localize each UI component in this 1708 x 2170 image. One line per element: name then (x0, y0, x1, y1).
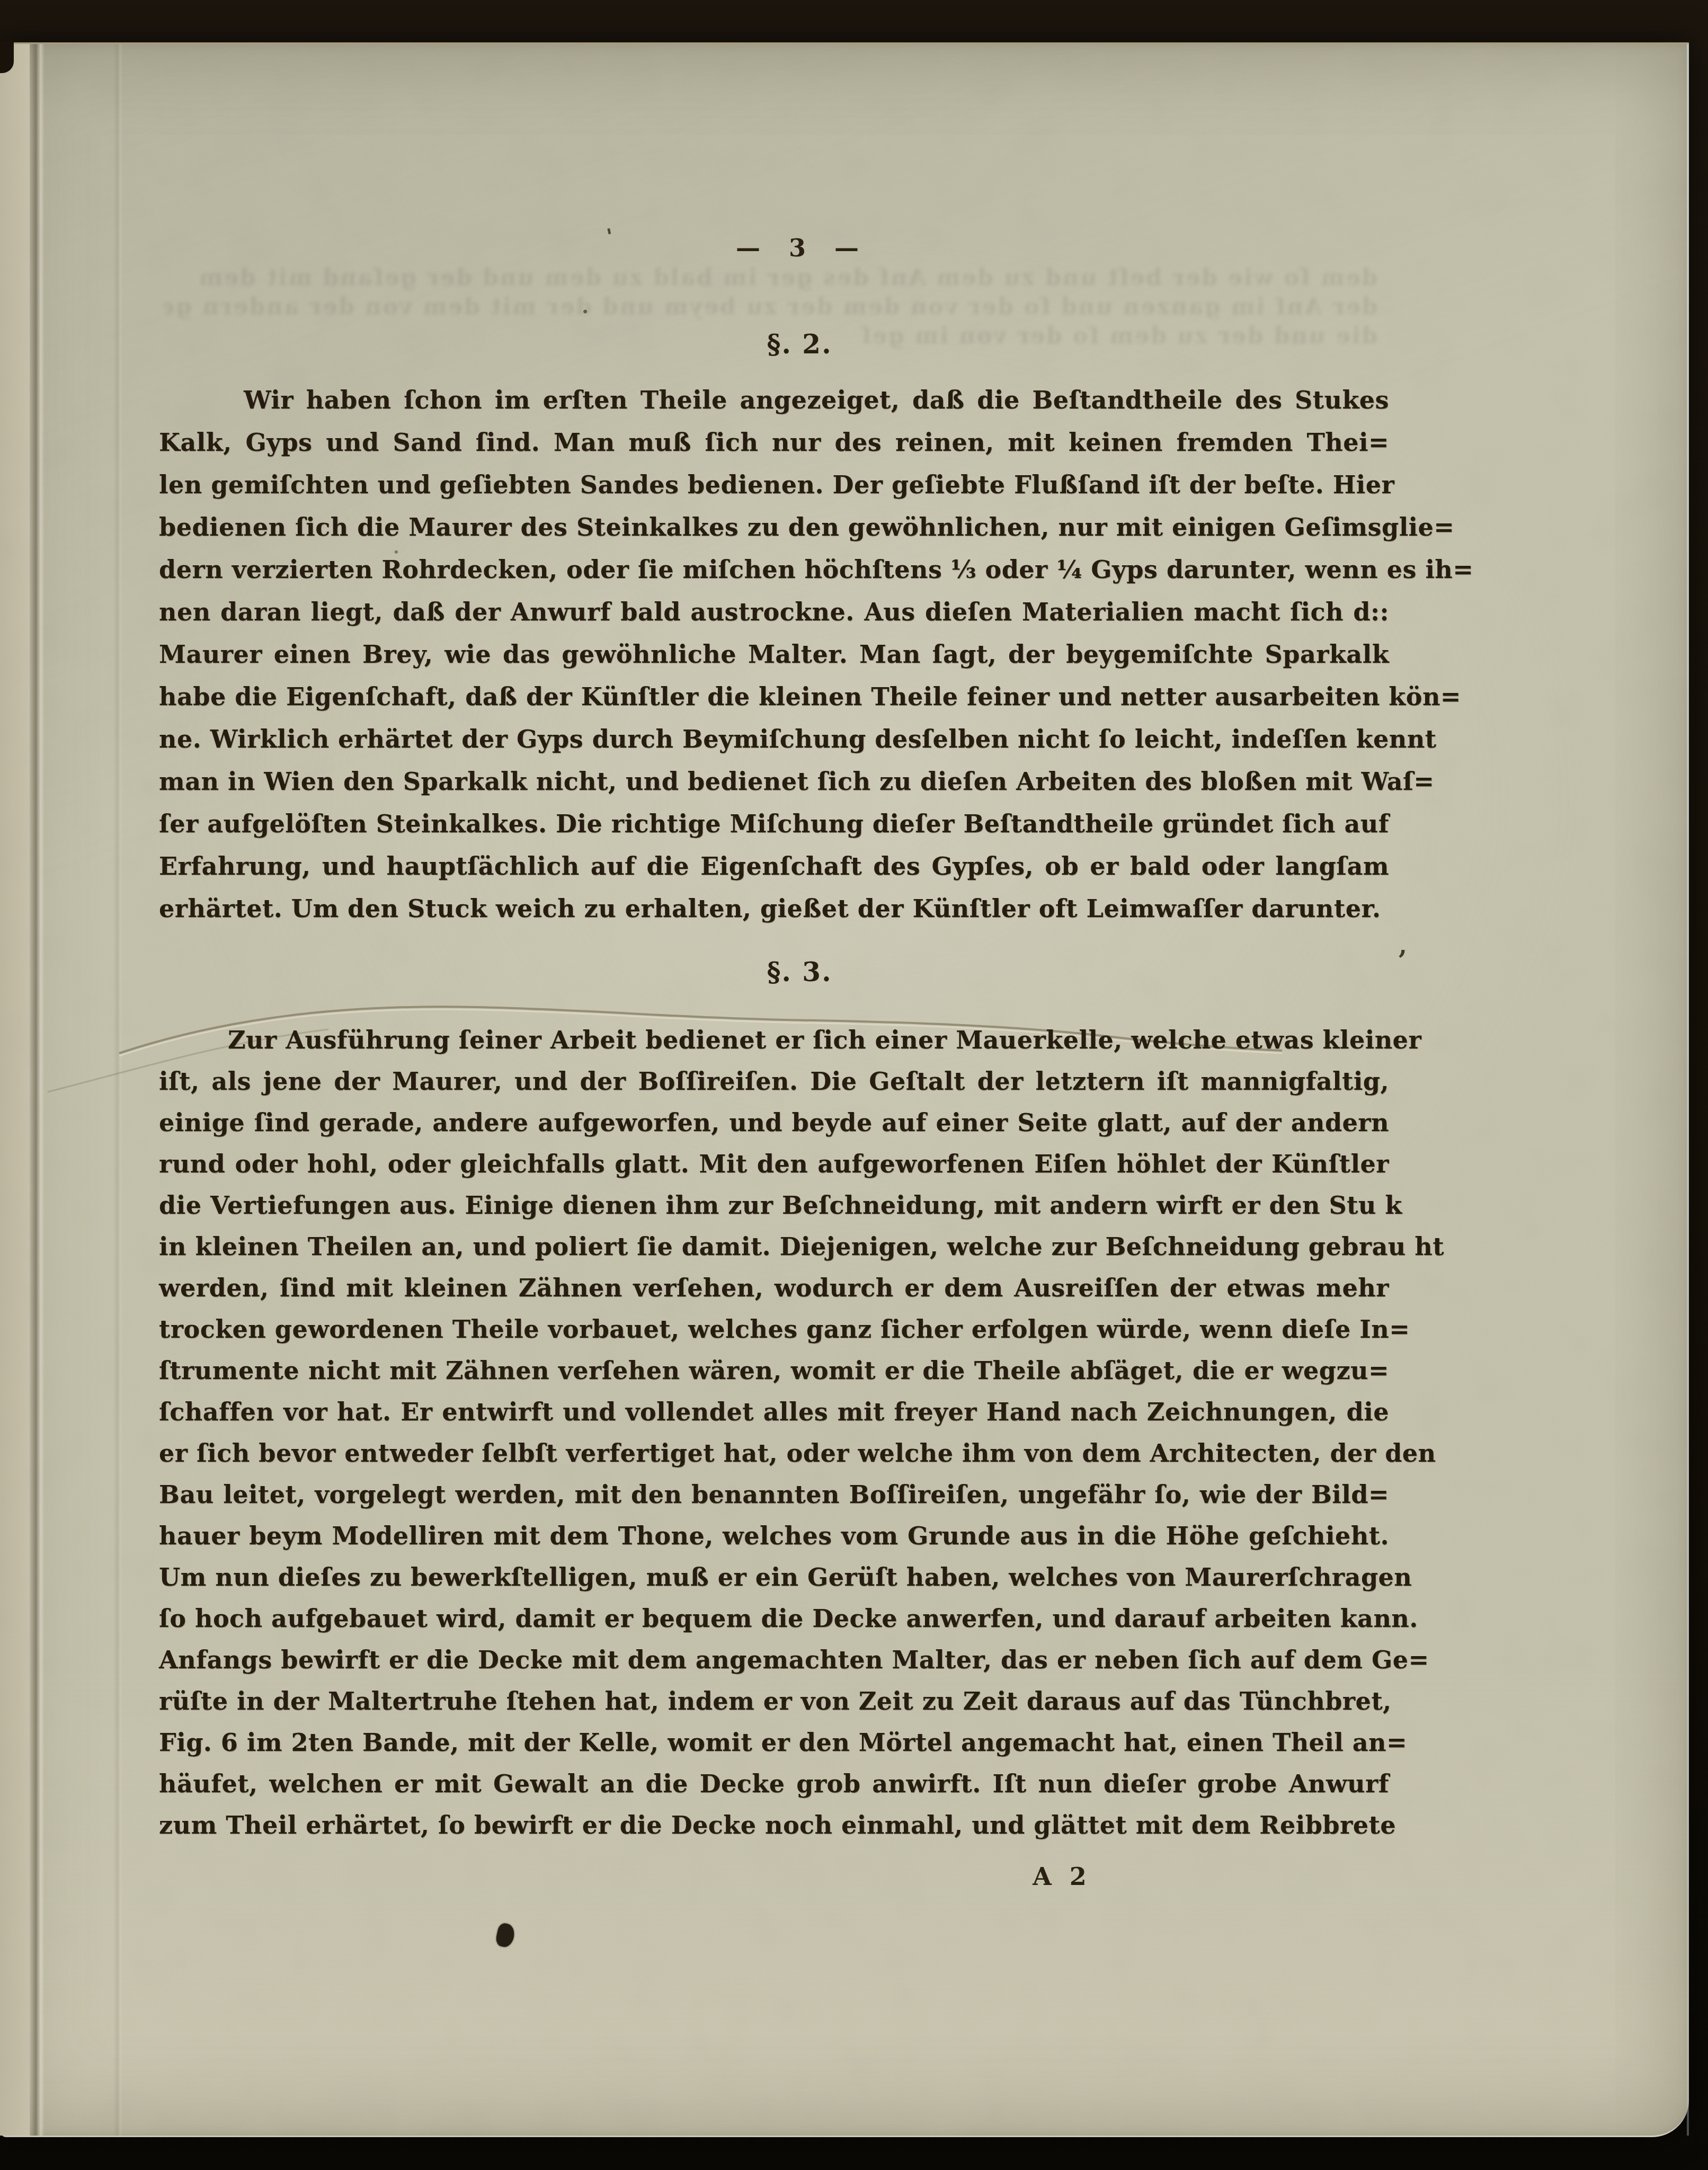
section-heading-2: §. 2. (184, 328, 1415, 360)
text-line: Wir haben ſchon im erſten Theile angezei… (159, 379, 1389, 421)
text-line: ſo hoch aufgebauet wird, damit er bequem… (159, 1598, 1389, 1639)
text-line: Maurer einen Brey, wie das gewöhnliche M… (159, 633, 1389, 675)
text-line: trocken gewordenen Theile vorbauet, welc… (159, 1309, 1389, 1350)
paragraph-section-3: Zur Ausführung ſeiner Arbeit bedienet er… (159, 1019, 1389, 1846)
text-line: len gemiſchten und geſiebten Sandes bedi… (159, 464, 1389, 506)
text-line: ſtrumente nicht mit Zähnen verſehen wäre… (159, 1350, 1389, 1391)
text-line: nen daran liegt, daß der Anwurf bald aus… (159, 591, 1389, 633)
text-line: iſt, als jene der Maurer, und der Boſſir… (159, 1061, 1389, 1102)
paragraph-section-2: Wir haben ſchon im erſten Theile angezei… (159, 379, 1389, 930)
text-line: ſer aufgelöſten Steinkalkes. Die richtig… (159, 803, 1389, 845)
text-line: die Vertiefungen aus. Einige dienen ihm … (159, 1185, 1389, 1226)
text-line: Kalk, Gyps und Sand ſind. Man muß ſich n… (159, 421, 1389, 464)
text-line: Anfangs bewirft er die Decke mit dem ang… (159, 1639, 1389, 1680)
text-line: Bau leitet, vorgelegt werden, mit den be… (159, 1474, 1389, 1515)
text-line: dern verzierten Rohrdecken, oder ſie miſ… (159, 548, 1389, 591)
text-line: Um nun dieſes zu bewerkſtelligen, muß er… (159, 1557, 1389, 1598)
text-line: bedienen ſich die Maurer des Steinkalkes… (159, 506, 1389, 548)
text-line: Fig. 6 im 2ten Bande, mit der Kelle, wom… (159, 1722, 1389, 1763)
ink-speck: . (582, 296, 589, 316)
page-number: — 3 — (183, 234, 1413, 262)
vertical-fold-crease-faint (113, 44, 123, 2136)
text-line: habe die Eigenſchaft, daß der Künſtler d… (159, 675, 1389, 718)
text-line: Erfahrung, und hauptſächlich auf die Eig… (159, 845, 1389, 887)
text-line: einige ſind gerade, andere aufgeworfen, … (159, 1102, 1389, 1143)
text-line: hauer beym Modelliren mit dem Thone, wel… (159, 1515, 1389, 1557)
signature-mark: A 2 (996, 1862, 1123, 1891)
text-line: rund oder hohl, oder gleichfalls glatt. … (159, 1143, 1389, 1185)
text-line: in kleinen Theilen an, und poliert ſie d… (159, 1226, 1389, 1267)
ink-blot (495, 1922, 516, 1949)
text-line: man in Wien den Sparkalk nicht, und bedi… (159, 760, 1389, 803)
ghost-line: dem ſo wie der beſt und zu dem Anf des g… (164, 264, 1377, 294)
text-line: er ſich bevor entweder ſelbſt verfertige… (159, 1433, 1389, 1474)
section-heading-3: §. 3. (184, 956, 1415, 988)
text-line: häufet, welchen er mit Gewalt an die Dec… (159, 1763, 1389, 1804)
text-line: Zur Ausführung ſeiner Arbeit bedienet er… (159, 1019, 1389, 1061)
scanned-book-page: dem ſo wie der beſt und zu dem Anf des g… (0, 0, 1708, 2170)
text-line: rüſte in der Maltertruhe ſtehen hat, ind… (159, 1680, 1389, 1722)
text-line: ne. Wirklich erhärtet der Gyps durch Bey… (159, 718, 1389, 760)
text-line: ſchaffen vor hat. Er entwirft und vollen… (159, 1391, 1389, 1433)
text-line: zum Theil erhärtet, ſo bewirft er die De… (159, 1804, 1389, 1846)
text-line: erhärtet. Um den Stuck weich zu erhalten… (159, 887, 1389, 930)
book-gutter-edge (0, 44, 30, 2136)
ghost-line: der Anf im ganzen und ſo der von dem der… (164, 294, 1377, 323)
paper-sheet: dem ſo wie der beſt und zu dem Anf des g… (0, 42, 1689, 2137)
ink-speck: . (393, 539, 399, 557)
vertical-fold-crease (30, 44, 45, 2136)
stray-comma: , (1399, 933, 1407, 957)
text-line: werden, ſind mit kleinen Zähnen verſehen… (159, 1267, 1389, 1309)
